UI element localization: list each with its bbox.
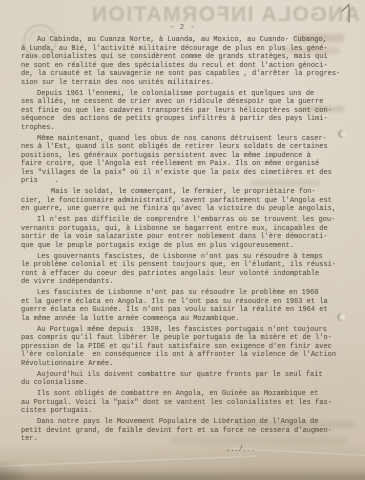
- paragraph: Les fascistes de Lisbonne n'ont pas su r…: [21, 289, 351, 323]
- corner-shadow: [0, 458, 34, 480]
- paragraph: Ils sont obligés de combattre en Angola,…: [21, 390, 351, 416]
- paragraph: Aujourd'hui ils doivent combattre sur qu…: [21, 371, 351, 388]
- pencil-mark: [341, 3, 353, 25]
- paper-crease: [0, 456, 255, 468]
- paper-bottom-edge-shadow: [0, 471, 365, 480]
- paragraph: Au Portugal même depuis 1928, les fascis…: [21, 326, 351, 369]
- paragraph: Depuis 1961 l'ennemi, le colonialisme po…: [21, 90, 351, 133]
- paragraph: Même maintenant, quand les obus de nos c…: [21, 135, 351, 186]
- paragraph: Mais le soldat, le commerçant, le fermie…: [21, 188, 351, 214]
- scanned-document-page: ANGOLA INFORMATION - 2 - Au Cabinda, au …: [0, 0, 365, 480]
- page-number: - 2 -: [0, 24, 365, 32]
- document-body: Au Cabinda, au Cuanza Norte, à Luanda, a…: [21, 36, 351, 455]
- paragraph: Dans notre pays le Mouvement Populaire d…: [21, 418, 351, 444]
- paragraph: Au Cabinda, au Cuanza Norte, à Luanda, a…: [21, 36, 351, 87]
- paragraph: Les gouvernants fascistes, de Lisbonne n…: [21, 253, 351, 287]
- paragraph: Il n'est pas difficile de comprendre l'e…: [21, 216, 351, 250]
